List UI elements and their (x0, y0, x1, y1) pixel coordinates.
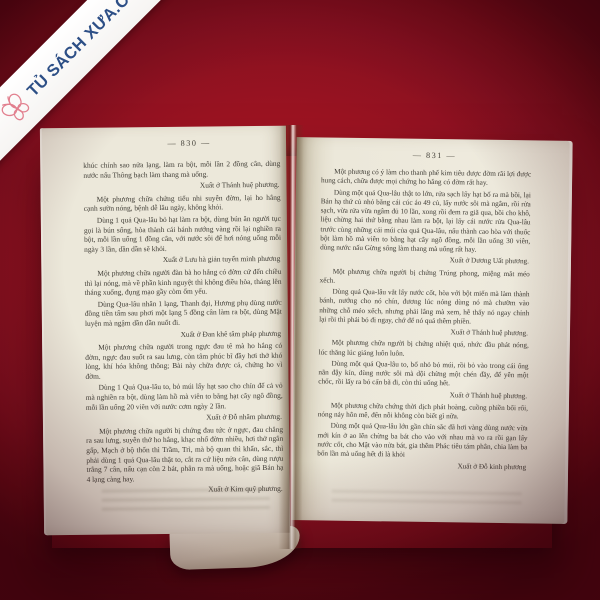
body-paragraph: Một phương chữa người bị chứng nhiệt quá… (319, 339, 529, 360)
body-paragraph: Dùng Qua-lâu nhân 1 lạng, Thanh đại, Hươ… (85, 297, 282, 328)
source-attribution: Xuất ở Kim quỹ phương. (87, 484, 283, 496)
body-paragraph: Dùng một quả Qua-lâu to, bổ nhỏ bỏ múi, … (318, 359, 528, 390)
book-page-right: — 831 — Một phương có ý làm cho thanh ph… (291, 137, 572, 524)
body-paragraph: Một phương chữa người đàn bà ho hắng có … (84, 267, 281, 298)
body-paragraph: Một phương chữa chứng tiểu nhi suyễn đờm… (84, 193, 281, 214)
page-text-right: Một phương có ý làm cho thanh phế kim ti… (317, 167, 531, 475)
source-attribution: Xuất ở Thánh huệ phương. (319, 326, 528, 338)
source-attribution: Xuất ở Đan khê tâm pháp phương (85, 328, 281, 340)
book-page-left: — 830 — khúc chính sao nửa lạng, làm ra … (40, 126, 290, 536)
source-attribution: Xuất ở Đỗ nhâm phương. (86, 412, 282, 424)
body-paragraph: Dùng 1 quả Qua-lâu bỏ hạt làm ra bột, dù… (84, 214, 281, 254)
body-paragraph: Dùng 1 Quả Qua-lâu to, bỏ múi lấy hạt sa… (86, 381, 283, 412)
page-number-left: — 830 — (66, 137, 312, 149)
source-attribution: Xuất ở Dương Uất phương. (320, 255, 529, 267)
source-attribution: Xuất ở Đỗ kinh phương (317, 461, 526, 473)
page-number-right: — 831 — (296, 149, 572, 162)
photo-background: — 830 — khúc chính sao nửa lạng, làm ra … (0, 0, 600, 600)
body-paragraph: khúc chính sao nửa lạng, làm ra bột, mỗi… (83, 159, 280, 180)
source-attribution: Xuất ở Lưu hà giản tuyển minh phương (84, 254, 280, 266)
body-paragraph: Dùng một quả Qua-lâu thật to lớn, rửa sạ… (320, 188, 531, 256)
source-attribution: Xuất ở Thánh huệ phương. (83, 180, 279, 192)
site-name: TỦ SÁCH XƯA.COM (23, 0, 152, 101)
body-paragraph: Một phương chữa người bị chứng đau tức ở… (86, 425, 284, 485)
body-paragraph: Dùng quả Qua-lâu vắt lấy nước cốt, hòa v… (319, 287, 529, 327)
bleedthrough-text (332, 490, 522, 507)
source-attribution: Xuất ở Thánh huệ phương. (318, 389, 527, 401)
body-paragraph: Một phương có ý làm cho thanh phế kim ti… (321, 167, 531, 188)
body-paragraph: Một phương chữa chứng thời dịch phát hoà… (318, 401, 528, 422)
body-paragraph: Một phương chữa người bị chứng Trúng pho… (320, 267, 530, 288)
body-paragraph: Một phương chữa người trong ngực đau tê … (85, 341, 282, 381)
body-paragraph: Dùng một quả Qua-lâu lớn gần chín sắc đã… (317, 422, 527, 462)
page-text-left: khúc chính sao nửa lạng, làm ra bột, mỗi… (83, 159, 284, 499)
